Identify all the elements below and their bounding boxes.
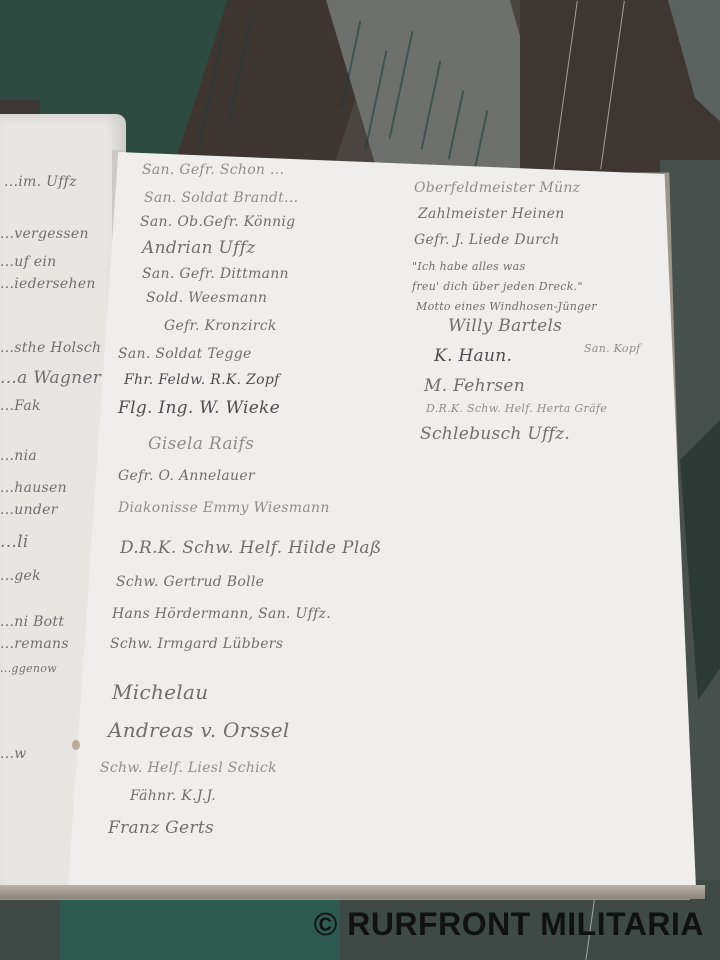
signature: D.R.K. Schw. Helf. Herta Gräfe xyxy=(426,402,607,415)
signature: Hans Hördermann, San. Uffz. xyxy=(112,606,331,622)
signature: Fähnr. K.J.J. xyxy=(130,788,216,804)
handwritten-entry: ...under xyxy=(0,502,58,518)
signature: Michelau xyxy=(112,680,208,704)
signature: Oberfeldmeister Münz xyxy=(414,180,580,196)
handwritten-entry: ...ggenow xyxy=(0,662,57,675)
signature: Gefr. Kronzirck xyxy=(164,318,277,334)
signature: San. Ob.Gefr. Könnig xyxy=(140,214,295,230)
signature: Andrian Uffz xyxy=(142,238,256,258)
handwritten-entry: ...hausen xyxy=(0,480,67,496)
signature: Franz Gerts xyxy=(108,818,214,838)
handwritten-entry: ...li xyxy=(0,532,29,552)
signature: Willy Bartels xyxy=(448,316,562,336)
handwritten-entry: ...w xyxy=(0,746,27,762)
handwritten-entry: ...nia xyxy=(0,448,37,464)
signature: Andreas v. Orssel xyxy=(108,718,290,742)
handwritten-entry: ...im. Uffz xyxy=(4,174,77,190)
handwritten-entry: ...vergessen xyxy=(0,226,89,242)
signature: Schw. Helf. Liesl Schick xyxy=(100,760,277,776)
signature: Gisela Raifs xyxy=(148,434,254,454)
signature: Sold. Weesmann xyxy=(146,290,267,306)
handwritten-entry: ...remans xyxy=(0,636,69,652)
signature: "Ich habe alles was xyxy=(412,260,525,273)
signature: Flg. Ing. W. Wieke xyxy=(118,398,280,418)
handwritten-entry: ...ni Bott xyxy=(0,614,64,630)
page-stain xyxy=(72,740,80,750)
signature: freu' dich über jeden Dreck." xyxy=(412,280,583,293)
page-block-edge xyxy=(0,885,705,899)
signature: Schw. Irmgard Lübbers xyxy=(110,636,283,652)
watermark: © RURFRONT MILITARIA xyxy=(314,906,704,943)
handwritten-entry: ...uf ein xyxy=(0,254,56,270)
handwritten-entry: ...gek xyxy=(0,568,41,584)
signature: San. Gefr. Schon ... xyxy=(142,162,284,178)
copyright-icon: © xyxy=(314,906,338,942)
watermark-text: RURFRONT MILITARIA xyxy=(347,906,704,942)
signature: K. Haun. xyxy=(434,346,512,366)
signature: Gefr. J. Liede Durch xyxy=(414,232,560,248)
signature: San. Kopf xyxy=(584,342,641,355)
signature: Zahlmeister Heinen xyxy=(418,206,565,222)
handwritten-entry: ...Fak xyxy=(0,398,41,414)
signature: San. Gefr. Dittmann xyxy=(142,266,289,282)
signature: Gefr. O. Annelauer xyxy=(118,468,255,484)
signature: Motto eines Windhosen-Jünger xyxy=(416,300,597,313)
right-page xyxy=(68,152,696,888)
signature: Schw. Gertrud Bolle xyxy=(116,574,264,590)
signature: Schlebusch Uffz. xyxy=(420,424,570,444)
handwritten-entry: ...iedersehen xyxy=(0,276,96,292)
handwritten-entry: ...sthe Holsch xyxy=(0,340,101,356)
handwritten-entry: ...a Wagner xyxy=(0,368,101,388)
signature: Diakonisse Emmy Wiesmann xyxy=(118,500,330,516)
signature: D.R.K. Schw. Helf. Hilde Plaß xyxy=(120,538,382,558)
signature: M. Fehrsen xyxy=(424,376,525,396)
signature: San. Soldat Tegge xyxy=(118,346,252,362)
signature: Fhr. Feldw. R.K. Zopf xyxy=(124,372,280,388)
signature: San. Soldat Brandt... xyxy=(144,190,298,206)
